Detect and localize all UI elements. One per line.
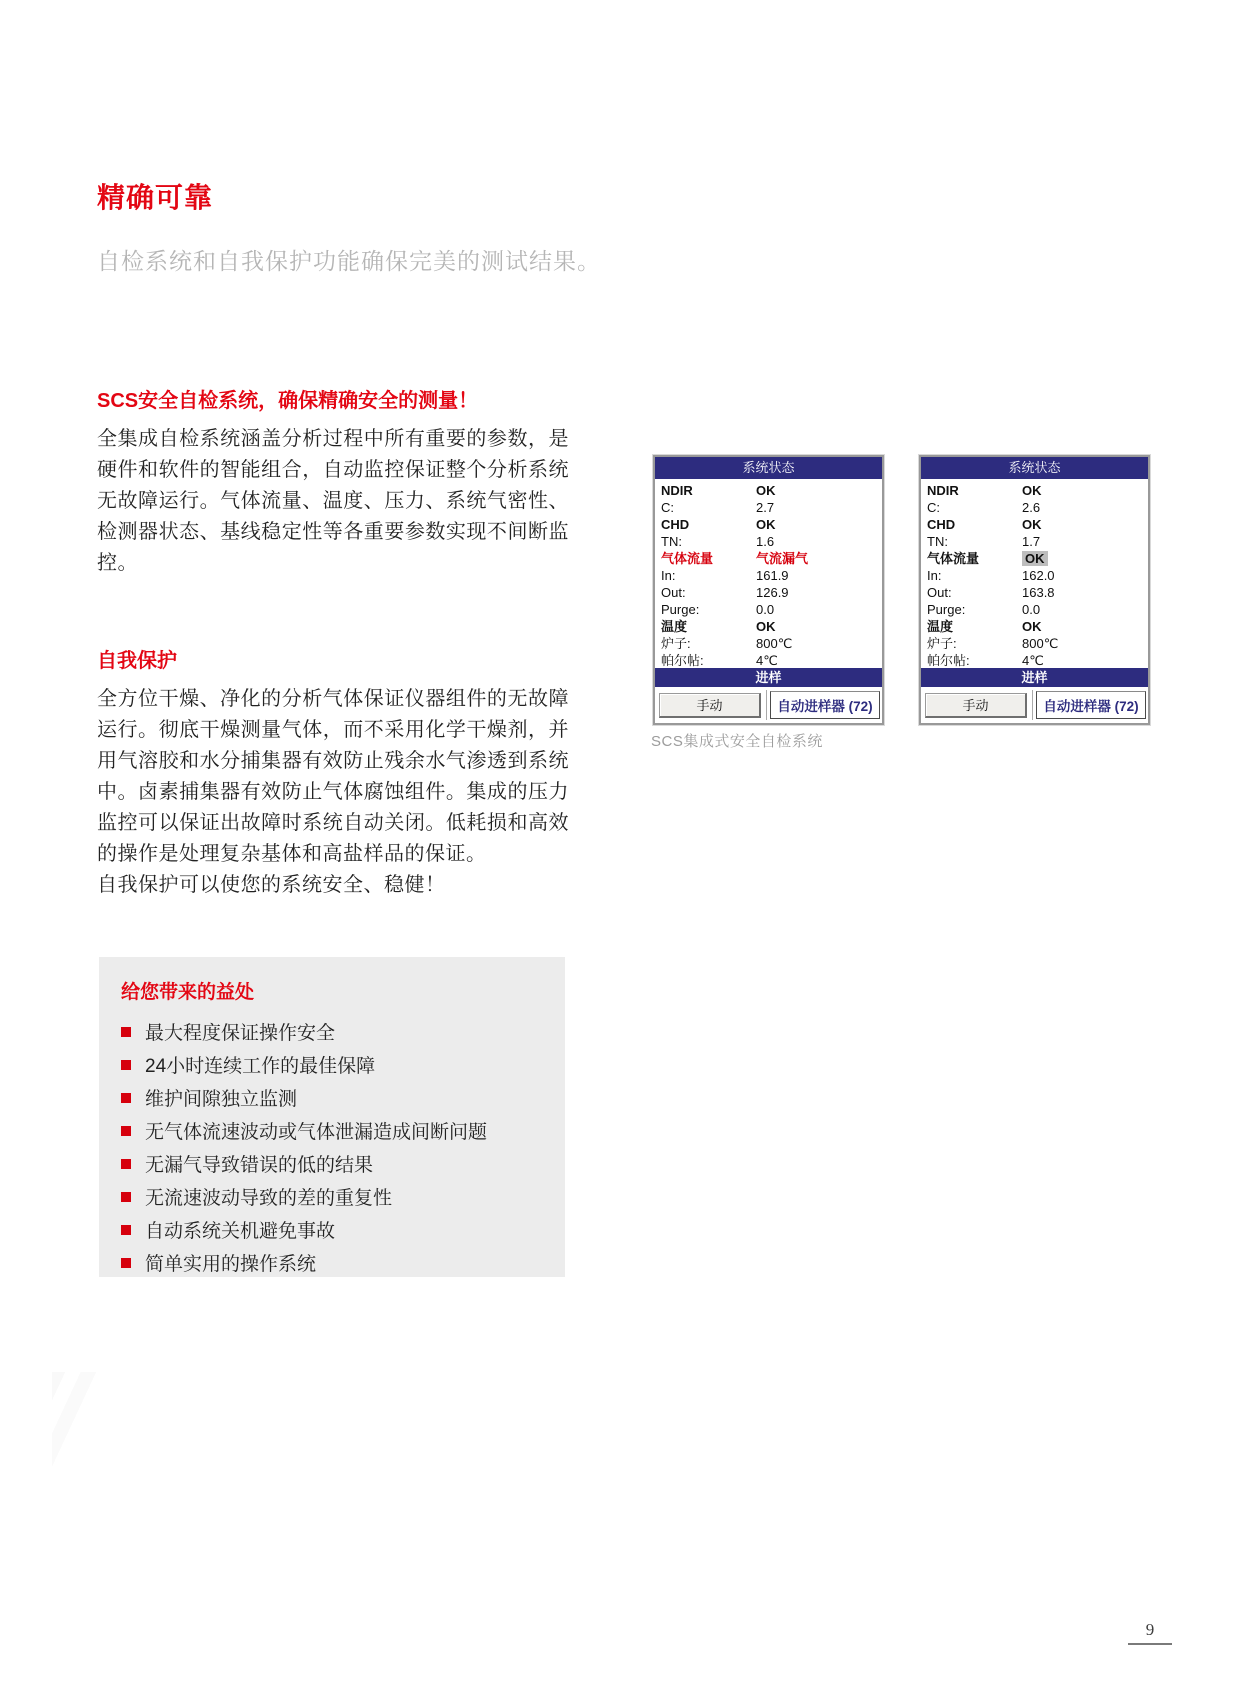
status-row: C:2.6: [927, 499, 1144, 516]
status-row: 温度OK: [927, 618, 1144, 635]
status-row: Out:126.9: [661, 584, 878, 601]
status-row-value: OK: [1022, 550, 1144, 567]
benefit-item: 最大程度保证操作安全: [121, 1017, 545, 1050]
status-row: TN:1.6: [661, 533, 878, 550]
status-row-label: TN:: [927, 533, 1022, 550]
status-row-label: 气体流量: [661, 550, 756, 567]
status-row-value: 800℃: [756, 635, 878, 652]
benefit-item-label: 最大程度保证操作安全: [145, 1023, 335, 1044]
benefits-heading: 给您带来的益处: [121, 977, 545, 1004]
status-row: In:162.0: [927, 567, 1144, 584]
status-row: Out:163.8: [927, 584, 1144, 601]
status-row-label: NDIR: [927, 482, 1022, 499]
manual-button[interactable]: 手动: [659, 693, 761, 718]
status-row: CHDOK: [927, 516, 1144, 533]
status-row-label: Purge:: [927, 601, 1022, 618]
benefit-item-label: 自动系统关机避免事故: [145, 1221, 335, 1242]
status-row-label: 温度: [927, 618, 1022, 635]
watermark-decoration: [52, 1372, 142, 1552]
status-row-value: 0.0: [756, 601, 878, 618]
status-row-label: CHD: [661, 516, 756, 533]
benefit-item-label: 简单实用的操作系统: [145, 1254, 316, 1275]
status-row-value: 163.8: [1022, 584, 1144, 601]
status-row: In:161.9: [661, 567, 878, 584]
status-row-value: 4℃: [756, 652, 878, 669]
status-row: NDIROK: [661, 482, 878, 499]
status-row-label: 帕尔帖:: [927, 652, 1022, 669]
status-row: 帕尔帖:4℃: [661, 652, 878, 669]
status-row-label: 炉子:: [661, 635, 756, 652]
section-scs-heading: SCS安全自检系统，确保精确安全的测量！: [97, 384, 569, 413]
status-row: 气体流量OK: [927, 550, 1144, 567]
status-row-label: Purge:: [661, 601, 756, 618]
benefit-item-label: 维护间隙独立监测: [145, 1089, 297, 1110]
benefit-item-label: 无气体流速波动或气体泄漏造成间断问题: [145, 1122, 487, 1143]
status-row-label: 帕尔帖:: [661, 652, 756, 669]
status-row-label: In:: [661, 567, 756, 584]
status-row-value: OK: [756, 516, 878, 533]
status-row-label: C:: [927, 499, 1022, 516]
status-row-label: NDIR: [661, 482, 756, 499]
bullet-square-icon: [121, 1027, 131, 1037]
status-row-value: OK: [1022, 516, 1144, 533]
panel-title-bar: 系统状态: [921, 457, 1148, 479]
benefits-box: 给您带来的益处 最大程度保证操作安全24小时连续工作的最佳保障维护间隙独立监测无…: [99, 957, 565, 1277]
status-row-label: CHD: [927, 516, 1022, 533]
bullet-square-icon: [121, 1192, 131, 1202]
button-divider: [1032, 690, 1033, 720]
benefit-item: 无气体流速波动或气体泄漏造成间断问题: [121, 1116, 545, 1149]
page-subtitle: 自检系统和自我保护功能确保完美的测试结果。: [97, 243, 601, 276]
status-row-value: 4℃: [1022, 652, 1144, 669]
bullet-square-icon: [121, 1225, 131, 1235]
status-row: TN:1.7: [927, 533, 1144, 550]
manual-button[interactable]: 手动: [925, 693, 1027, 718]
status-row-label: In:: [927, 567, 1022, 584]
status-row-label: 温度: [661, 618, 756, 635]
status-row-value: OK: [756, 482, 878, 499]
status-row-value: 2.7: [756, 499, 878, 516]
status-row: 气体流量气流漏气: [661, 550, 878, 567]
panel-title-bar: 系统状态: [655, 457, 882, 479]
panel-button-row: 手动 自动进样器 (72): [655, 687, 882, 723]
status-row-label: Out:: [661, 584, 756, 601]
benefit-item: 无漏气导致错误的低的结果: [121, 1149, 545, 1182]
panel-button-row: 手动 自动进样器 (72): [921, 687, 1148, 723]
benefit-item: 无流速波动导致的差的重复性: [121, 1182, 545, 1215]
status-row-value: OK: [1022, 618, 1144, 635]
inject-status-bar: 进样: [655, 668, 882, 687]
status-panel-1: 系统状态 NDIROKC:2.7CHDOKTN:1.6气体流量气流漏气In:16…: [653, 455, 884, 725]
autosampler-button[interactable]: 自动进样器 (72): [770, 691, 880, 719]
status-rows: NDIROKC:2.6CHDOKTN:1.7气体流量OKIn:162.0Out:…: [921, 479, 1148, 668]
status-row-label: C:: [661, 499, 756, 516]
status-row-value: OK: [1022, 482, 1144, 499]
document-page: 精确可靠 自检系统和自我保护功能确保完美的测试结果。 SCS安全自检系统，确保精…: [0, 0, 1242, 1685]
status-row: 炉子:800℃: [927, 635, 1144, 652]
status-row-value: 1.6: [756, 533, 878, 550]
status-row-value: 161.9: [756, 567, 878, 584]
section-self-protection: 自我保护 全方位干燥、净化的分析气体保证仪器组件的无故障运行。彻底干燥测量气体，…: [97, 644, 569, 901]
benefit-item-label: 24小时连续工作的最佳保障: [145, 1056, 375, 1077]
inject-status-bar: 进样: [921, 668, 1148, 687]
status-row-value: 0.0: [1022, 601, 1144, 618]
section-self-protection-heading: 自我保护: [97, 644, 569, 673]
page-number: 9: [1128, 1620, 1172, 1645]
status-rows: NDIROKC:2.7CHDOKTN:1.6气体流量气流漏气In:161.9Ou…: [655, 479, 882, 668]
page-title: 精确可靠: [97, 176, 213, 216]
status-row-label: 气体流量: [927, 550, 1022, 567]
status-row: Purge:0.0: [927, 601, 1144, 618]
benefit-item: 简单实用的操作系统: [121, 1248, 545, 1281]
status-row: 炉子:800℃: [661, 635, 878, 652]
status-row-value: 1.7: [1022, 533, 1144, 550]
status-row: 温度OK: [661, 618, 878, 635]
status-row-value: 800℃: [1022, 635, 1144, 652]
benefit-item-label: 无流速波动导致的差的重复性: [145, 1188, 392, 1209]
section-self-protection-body2: 自我保护可以使您的系统安全、稳健！: [97, 870, 569, 901]
status-panel-2: 系统状态 NDIROKC:2.6CHDOKTN:1.7气体流量OKIn:162.…: [919, 455, 1150, 725]
benefit-item: 自动系统关机避免事故: [121, 1215, 545, 1248]
section-scs-body: 全集成自检系统涵盖分析过程中所有重要的参数，是硬件和软件的智能组合，自动监控保证…: [97, 424, 569, 579]
section-self-protection-body: 全方位干燥、净化的分析气体保证仪器组件的无故障运行。彻底干燥测量气体，而不采用化…: [97, 684, 569, 870]
bullet-square-icon: [121, 1093, 131, 1103]
bullet-square-icon: [121, 1258, 131, 1268]
benefits-list: 最大程度保证操作安全24小时连续工作的最佳保障维护间隙独立监测无气体流速波动或气…: [121, 1017, 545, 1281]
status-row-label: Out:: [927, 584, 1022, 601]
status-row-value: 2.6: [1022, 499, 1144, 516]
bullet-square-icon: [121, 1126, 131, 1136]
bullet-square-icon: [121, 1159, 131, 1169]
status-row-value: 气流漏气: [756, 550, 878, 567]
section-scs: SCS安全自检系统，确保精确安全的测量！ 全集成自检系统涵盖分析过程中所有重要的…: [97, 384, 569, 579]
status-row-value: 162.0: [1022, 567, 1144, 584]
status-row: 帕尔帖:4℃: [927, 652, 1144, 669]
status-row-label: 炉子:: [927, 635, 1022, 652]
status-row-value: 126.9: [756, 584, 878, 601]
benefit-item-label: 无漏气导致错误的低的结果: [145, 1155, 373, 1176]
status-row: C:2.7: [661, 499, 878, 516]
status-row-value: OK: [756, 618, 878, 635]
bullet-square-icon: [121, 1060, 131, 1070]
benefit-item: 24小时连续工作的最佳保障: [121, 1050, 545, 1083]
benefit-item: 维护间隙独立监测: [121, 1083, 545, 1116]
autosampler-button[interactable]: 自动进样器 (72): [1036, 691, 1146, 719]
button-divider: [766, 690, 767, 720]
status-row: CHDOK: [661, 516, 878, 533]
figure-caption: SCS集成式安全自检系统: [651, 730, 823, 751]
status-row: NDIROK: [927, 482, 1144, 499]
status-row-label: TN:: [661, 533, 756, 550]
status-row: Purge:0.0: [661, 601, 878, 618]
